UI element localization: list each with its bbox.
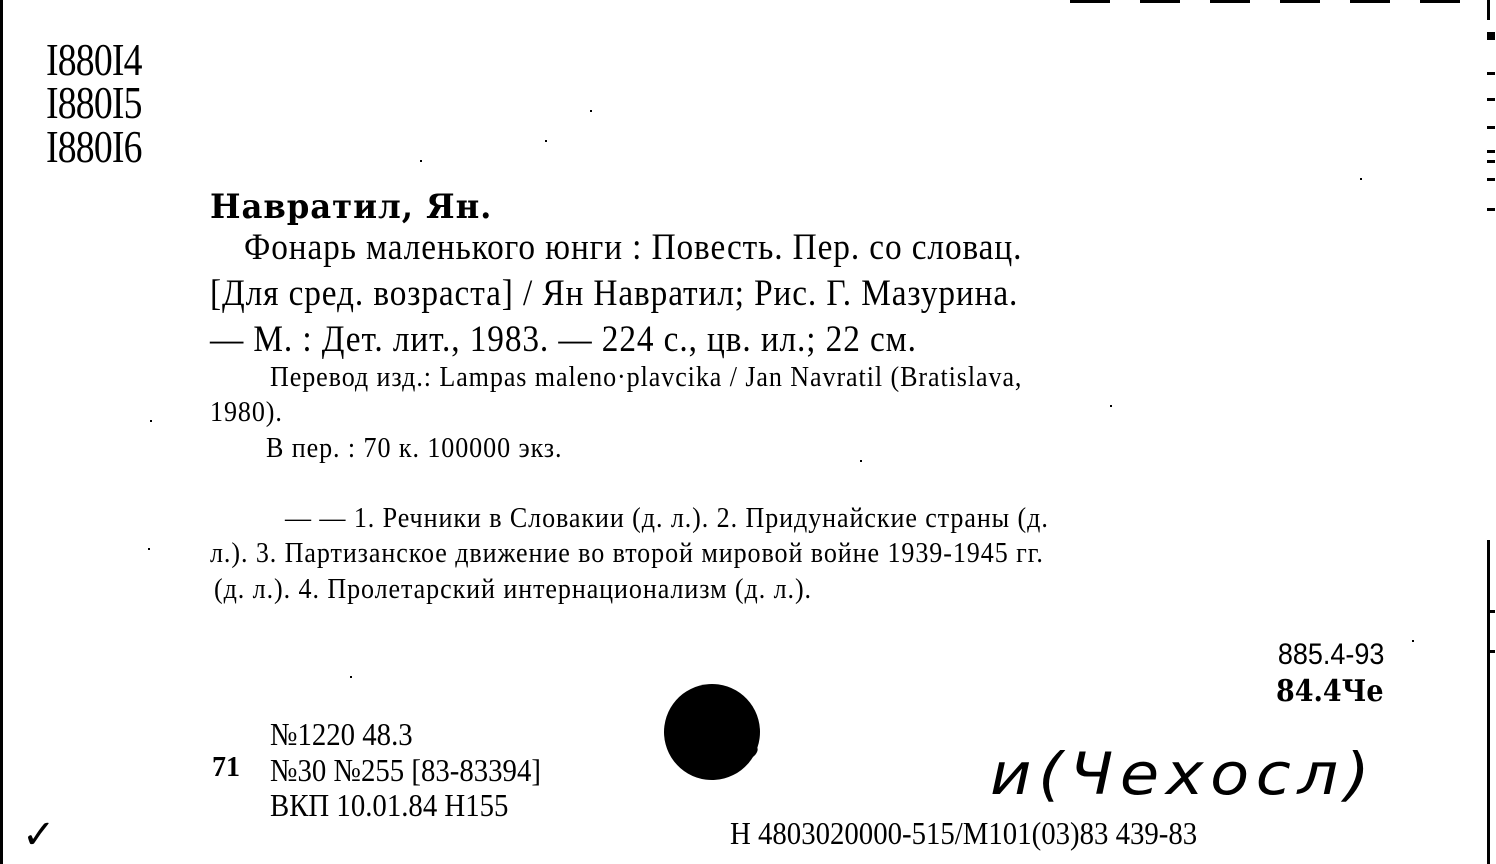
scan-speck [420,160,422,162]
scan-top-artifact [1070,0,1480,3]
scan-speck [860,460,862,462]
title-line: Фонарь маленького юнги : Повесть. Пер. с… [244,224,1022,271]
scan-speck [1412,640,1414,642]
original-title-note: Перевод изд.: Lampas maleno·plavcika / J… [270,361,1022,395]
scan-speck [590,110,592,112]
print-info-prefix: 71 [212,752,240,784]
scan-speck [545,140,547,142]
scan-speck [350,676,352,678]
print-info-line: №30 №255 [83-83394] [270,752,541,788]
catalog-card: I880I4 I880I5 I880I6 Навратил, Ян. Фонар… [0,0,1496,864]
author-heading: Навратил, Ян. [210,187,492,227]
title-line: [Для сред. возраста] / Ян Навратил; Рис.… [210,270,1018,317]
scan-speck [1110,405,1112,407]
scan-speck [148,548,150,550]
inventory-number: I880I4 [46,40,142,80]
subject-line: — — 1. Речники в Словакии (д. л.). 2. Пр… [285,502,1049,536]
publisher-code: Н 4803020000-515/М101(03)83 439-83 [730,815,1197,852]
check-mark-icon: ✓ [22,812,56,858]
scan-right-border [1487,0,1491,864]
imprint-line: — М. : Дет. лит., 1983. — 224 с., цв. ил… [210,316,917,363]
udc-index: 885.4-93 [1277,638,1384,672]
scan-speck [150,420,152,422]
original-title-note: 1980). [210,396,283,430]
print-info-line: ВКП 10.01.84 Н155 [270,787,508,823]
inventory-number: I880I6 [46,127,142,167]
ink-blot [653,673,771,791]
subject-line: л.). 3. Партизанское движение во второй … [210,537,1044,571]
scan-speck [1360,178,1362,180]
print-info-line: №1220 48.3 [270,716,413,752]
price-print-run: В пер. : 70 к. 100000 экз. [266,432,562,466]
scan-left-border [0,0,3,864]
bbk-index: 84.4Че [1276,674,1384,709]
inventory-number: I880I5 [46,83,142,123]
handwritten-note: и(Чехосл) [990,740,1376,808]
subject-line: (д. л.). 4. Пролетарский интернационализ… [214,573,812,607]
